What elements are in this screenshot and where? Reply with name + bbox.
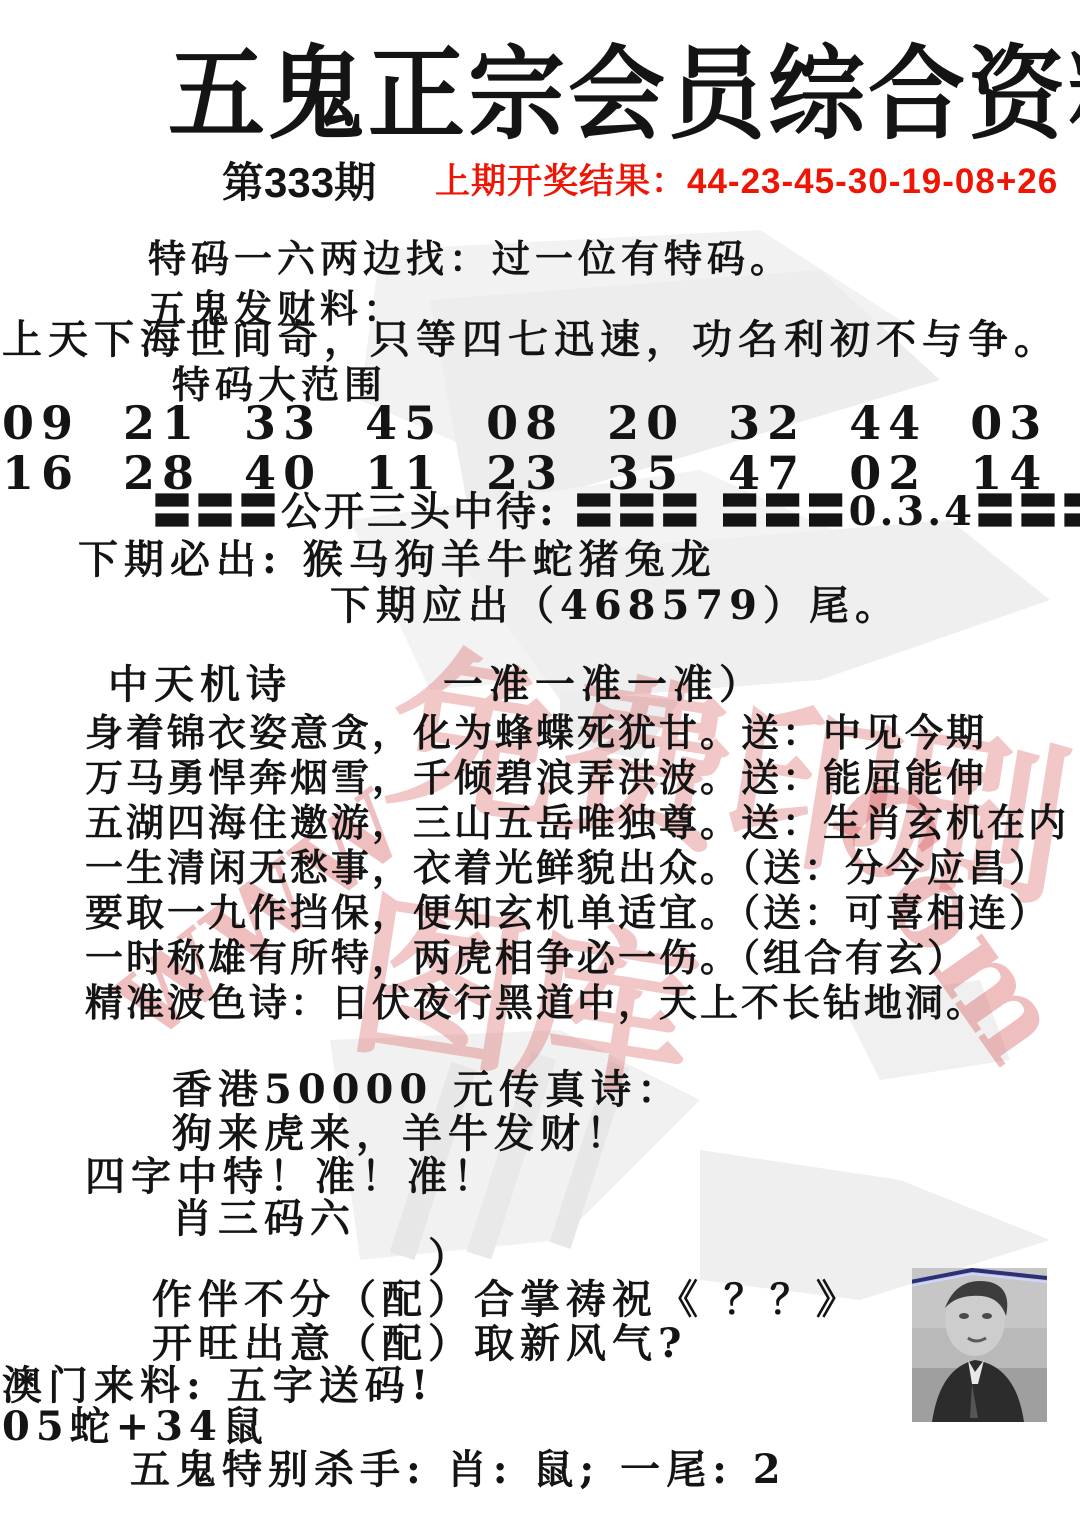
should-out-line: 下期应出（468579）尾。 [330,584,901,628]
poem-line: 一时称雄有所特，两虎相争必一伤。（组合有玄） [85,937,968,979]
issue-number: 第333期 [222,160,376,206]
macau-line: 澳门来料: 五字送码! [2,1364,434,1408]
fax-line-4: 肖三码六 [172,1197,356,1241]
numbers-row-1: 09 21 33 45 08 20 32 44 03 15 27 39 04 0… [2,398,1080,449]
poem-title: 中天机诗 [108,663,292,707]
tip-sheet-page: 免费印刷图库 WWW Com 五鬼正宗会员综合资料 第333期 上期开奖结果：4… [0,0,1080,1527]
poem-title-note: 一准一准一准） [443,663,765,707]
bottom-line-2: 开旺出意（配）取新风气? [152,1322,687,1366]
poem-line: 身着锦衣姿意贪，化为蜂蝶死犹甘。送：中见今期 [85,712,987,754]
tip-line-3: 上天下海世间奇，只等四七迅速，功名利初不与争。 [2,318,1060,362]
must-out-line: 下期必出: 猴马狗羊牛蛇猪兔龙 [78,538,717,582]
fax-line-2: 狗来虎来，羊牛发财！ [172,1112,632,1156]
last-draw-result: 上期开奖结果：44-23-45-30-19-08+26 [435,163,1058,202]
poem-line: 五湖四海住邀游，三山五岳唯独尊。送：生肖玄机在内 [85,802,1069,844]
blocks-line: 〓〓〓公开三头中待: 〓〓〓 〓〓〓0.3.4〓〓〓中 [152,490,1080,534]
bottom-line-1: 作伴不分（配）合掌祷祝《 ？？》 [152,1278,862,1322]
fax-line-3: 四字中特！准！准！ [85,1155,499,1199]
poem-line: 一生清闲无愁事，衣着光鲜貌出众。（送：分今应昌） [85,847,1050,889]
tip-line-1: 特码一六两边找：过一位有特码。 [148,238,793,280]
portrait-photo [912,1268,1047,1422]
poem-line: 万马勇悍奔烟雪，千倾碧浪弄洪波。送：能屈能伸 [85,757,987,799]
page-title: 五鬼正宗会员综合资料 [168,38,1080,150]
fax-line-1: 香港50000 元传真诗： [172,1068,683,1112]
poem-line: 精准波色诗：日伏夜行黑道中，天上不长钻地洞。 [85,982,987,1024]
code-line: 05蛇+34鼠 [2,1405,269,1449]
killer-line: 五鬼特别杀手: 肖: 鼠; 一尾: 2 [130,1448,787,1492]
stray-paren: ） [428,1236,474,1280]
poem-line: 要取一九作挡保，便知玄机单适宜。（送：可喜相连） [85,892,1050,934]
